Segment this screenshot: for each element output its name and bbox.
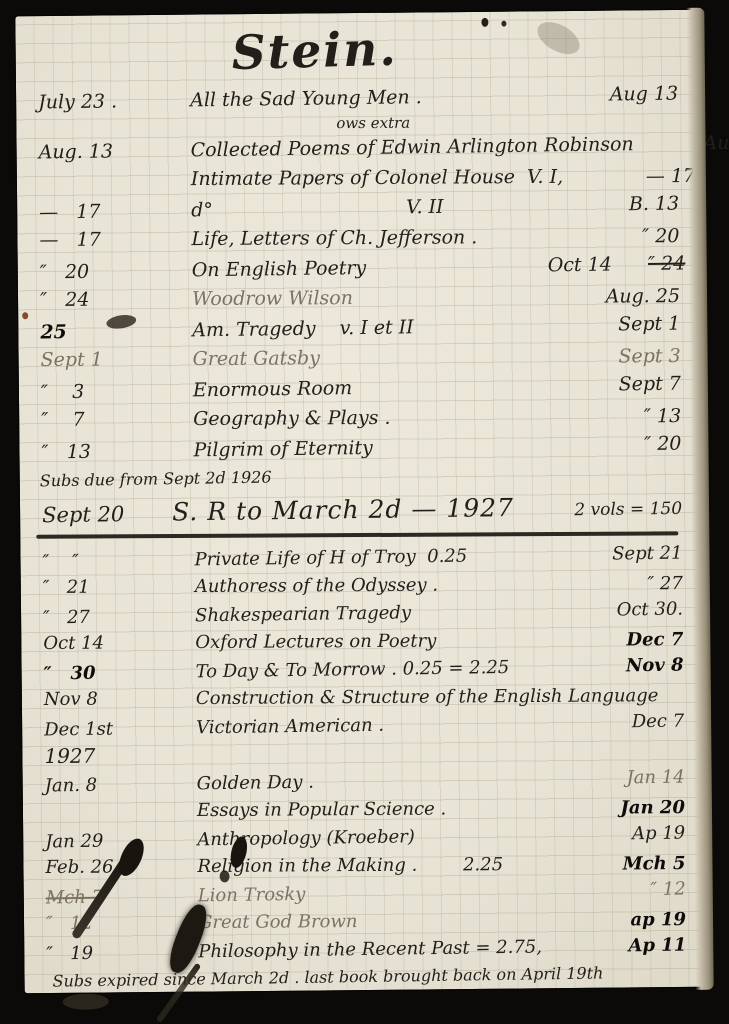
book-title: Authoress of the Odyssey . [171,571,551,601]
date-out-cell: ″ 19 [40,939,174,969]
date-returned-cell: Aug. 25 [548,281,682,312]
renewal-line: Sept 20 S. R to March 2d — 1927 2 vols =… [36,484,685,536]
date-returned-cell: ″ 27 [551,570,685,599]
date-returned: ″ 24 [648,252,686,275]
date-returned: ″ 27 [647,573,682,594]
book-title: Intimate Papers of Colonel House V. I, [167,162,563,194]
date-returned-cell: Dec 7 [551,626,685,655]
book-title: Great God Brown [174,907,554,937]
date-out-cell: 25 [34,316,168,348]
date-out-cell: Sept 1 [35,344,169,375]
date-returned: Dec 7 [632,711,685,733]
date-returned: B. 13 [629,193,680,216]
date-returned-cell: B. 13 [547,189,681,221]
ledger-section-2: ″ ″Private Life of H of Troy 0.25Sept 21… [36,541,688,967]
date-out-cell [32,129,166,130]
date-out-cell: Jan. 8 [39,771,173,801]
book-title: Private Life of H of Troy 0.25 [170,541,550,574]
date-out-cell: ″ 27 [37,603,171,633]
date-returned-cell: Ap 19 [553,820,687,850]
date-out-cell [33,185,167,186]
date-returned: Dec 7 [626,629,683,650]
date-out-cell: ″ 21 [37,573,171,602]
ink-speck [501,21,506,27]
date-out-cell: — 17 [33,224,167,255]
book-title [172,760,552,762]
date-out-cell: ″ 3 [35,376,169,408]
book-title: On English Poetry [168,250,548,285]
date-out-cell [39,816,173,817]
date-returned-cell: ″ 13 [549,401,683,432]
ink-blot [220,870,230,882]
date-returned-cell: Nov 8 [551,652,685,682]
book-title: Shakespearian Tragedy [171,597,551,630]
date-returned-cell [552,759,686,760]
date-returned: Ap 11 [628,935,686,957]
date-returned: Jan 20 [620,797,685,818]
date-returned-cell: Aug. 1 [633,127,729,159]
book-title: d° V. II [167,190,547,225]
date-returned-pre: Oct 14 [548,253,649,276]
date-returned: Ap 19 [632,823,685,845]
date-out-cell: Aug. 13 [32,136,166,168]
ink-smudge [63,993,109,1009]
date-returned: Sept 7 [619,373,681,396]
date-returned-cell: Ap 11 [554,931,688,961]
date-returned-cell: Sept 3 [549,341,683,372]
date-returned-cell: — 17 [563,161,697,192]
book-title: Geography & Plays . [169,402,549,434]
scanned-notebook-page: Stein. July 23 .All the Sad Young Men .A… [0,0,729,1024]
date-out-cell: Oct 14 [37,629,171,658]
date-returned-cell: ″ 12 [554,875,688,905]
book-title: Lion Trosky [174,877,554,910]
ink-speck [481,18,488,27]
date-out-cell: July 23 . [32,86,166,118]
date-out-cell: — 17 [33,196,167,228]
book-title: Woodrow Wilson [168,282,548,314]
date-returned-cell: Dec 7 [552,708,686,738]
date-out-cell: ″ 20 [34,256,168,288]
date-returned: Aug. 25 [606,285,681,307]
date-returned: ap 19 [630,909,686,930]
date-returned-cell: Oct 14 ″ 24 [548,249,682,281]
book-title: Great Gatsby [169,342,549,374]
date-returned: Aug 13 [610,83,679,106]
date-returned: Jan 14 [626,767,684,789]
ink-speck [22,312,28,319]
date-out-cell: ″ 24 [34,284,168,315]
book-title: Enormous Room [169,370,549,405]
date-out-cell: Feb. 26 . [39,853,173,882]
book-title: Victorian American . [172,709,552,742]
book-title: Anthropology (Kroeber) [173,821,553,854]
date-returned: Oct 30. [616,599,683,621]
date-returned: Sept 1 [618,313,680,336]
date-returned-cell: Mch 5 [553,850,687,879]
renewal-text: S. R to March 2d — 1927 [154,486,523,535]
renewal-volumes: 2 vols = 150 [522,487,685,533]
page-title: Stein. [231,12,681,86]
date-out-cell: ″ 7 [35,404,169,435]
date-returned-cell: Sept 7 [549,369,683,401]
date-returned-cell: Jan 14 [552,764,686,794]
date-returned: ″ 20 [644,433,682,456]
book-title: Oxford Lectures on Poetry [171,627,551,657]
date-returned-cell: Sept 21 [550,540,684,570]
date-out-cell: Nov 8 [38,685,172,714]
page: Stein. July 23 .All the Sad Young Men .A… [15,10,712,994]
date-out-cell: Jan 29 [39,827,173,857]
book-title: Life, Letters of Ch. Jefferson . [167,222,547,254]
renewal-date: Sept 20 [36,492,155,538]
book-title: Essays in Popular Science . [173,795,553,825]
date-returned-cell [546,126,680,127]
book-title: All the Sad Young Men . [166,80,546,115]
date-out-cell: ″ ″ [36,547,170,577]
book-title: Golden Day . [173,765,553,798]
date-returned-cell: ap 19 [554,906,688,935]
date-out-cell: ″ 12 [40,909,174,938]
date-out-cell: 1927 [38,741,172,770]
book-title: Collected Poems of Edwin Arlington Robin… [166,129,633,166]
date-out-cell: ″ 13 [35,436,169,468]
date-returned: ″ 13 [644,405,681,427]
date-returned: Sept 21 [612,543,683,565]
ledger-section-1: July 23 .All the Sad Young Men .Aug 13ow… [32,80,684,466]
date-returned-cell: Jan 20 [553,794,687,823]
date-returned-cell: Aug 13 [546,79,680,111]
date-returned: Sept 3 [618,345,680,367]
date-returned-cell: Sept 1 [548,309,682,341]
date-returned: ″ 12 [650,879,686,900]
date-returned: ″ 20 [642,225,679,247]
date-returned-cell: ″ 20 [547,221,681,252]
date-returned: Mch 5 [623,853,686,874]
date-returned-cell: Oct 30. [551,596,685,626]
book-title: To Day & To Morrow . 0.25 = 2.25 [171,653,551,686]
date-out-cell: Dec 1st [38,715,172,745]
date-out-cell: ″ 30 [37,659,171,689]
date-returned-cell: ″ 20 [549,429,683,461]
ledger-content: Stein. July 23 .All the Sad Young Men .A… [15,10,694,993]
date-returned: Aug. 1 [703,131,729,154]
book-title: Am. Tragedy v. I et II [168,310,548,345]
date-returned: Nov 8 [626,655,684,677]
